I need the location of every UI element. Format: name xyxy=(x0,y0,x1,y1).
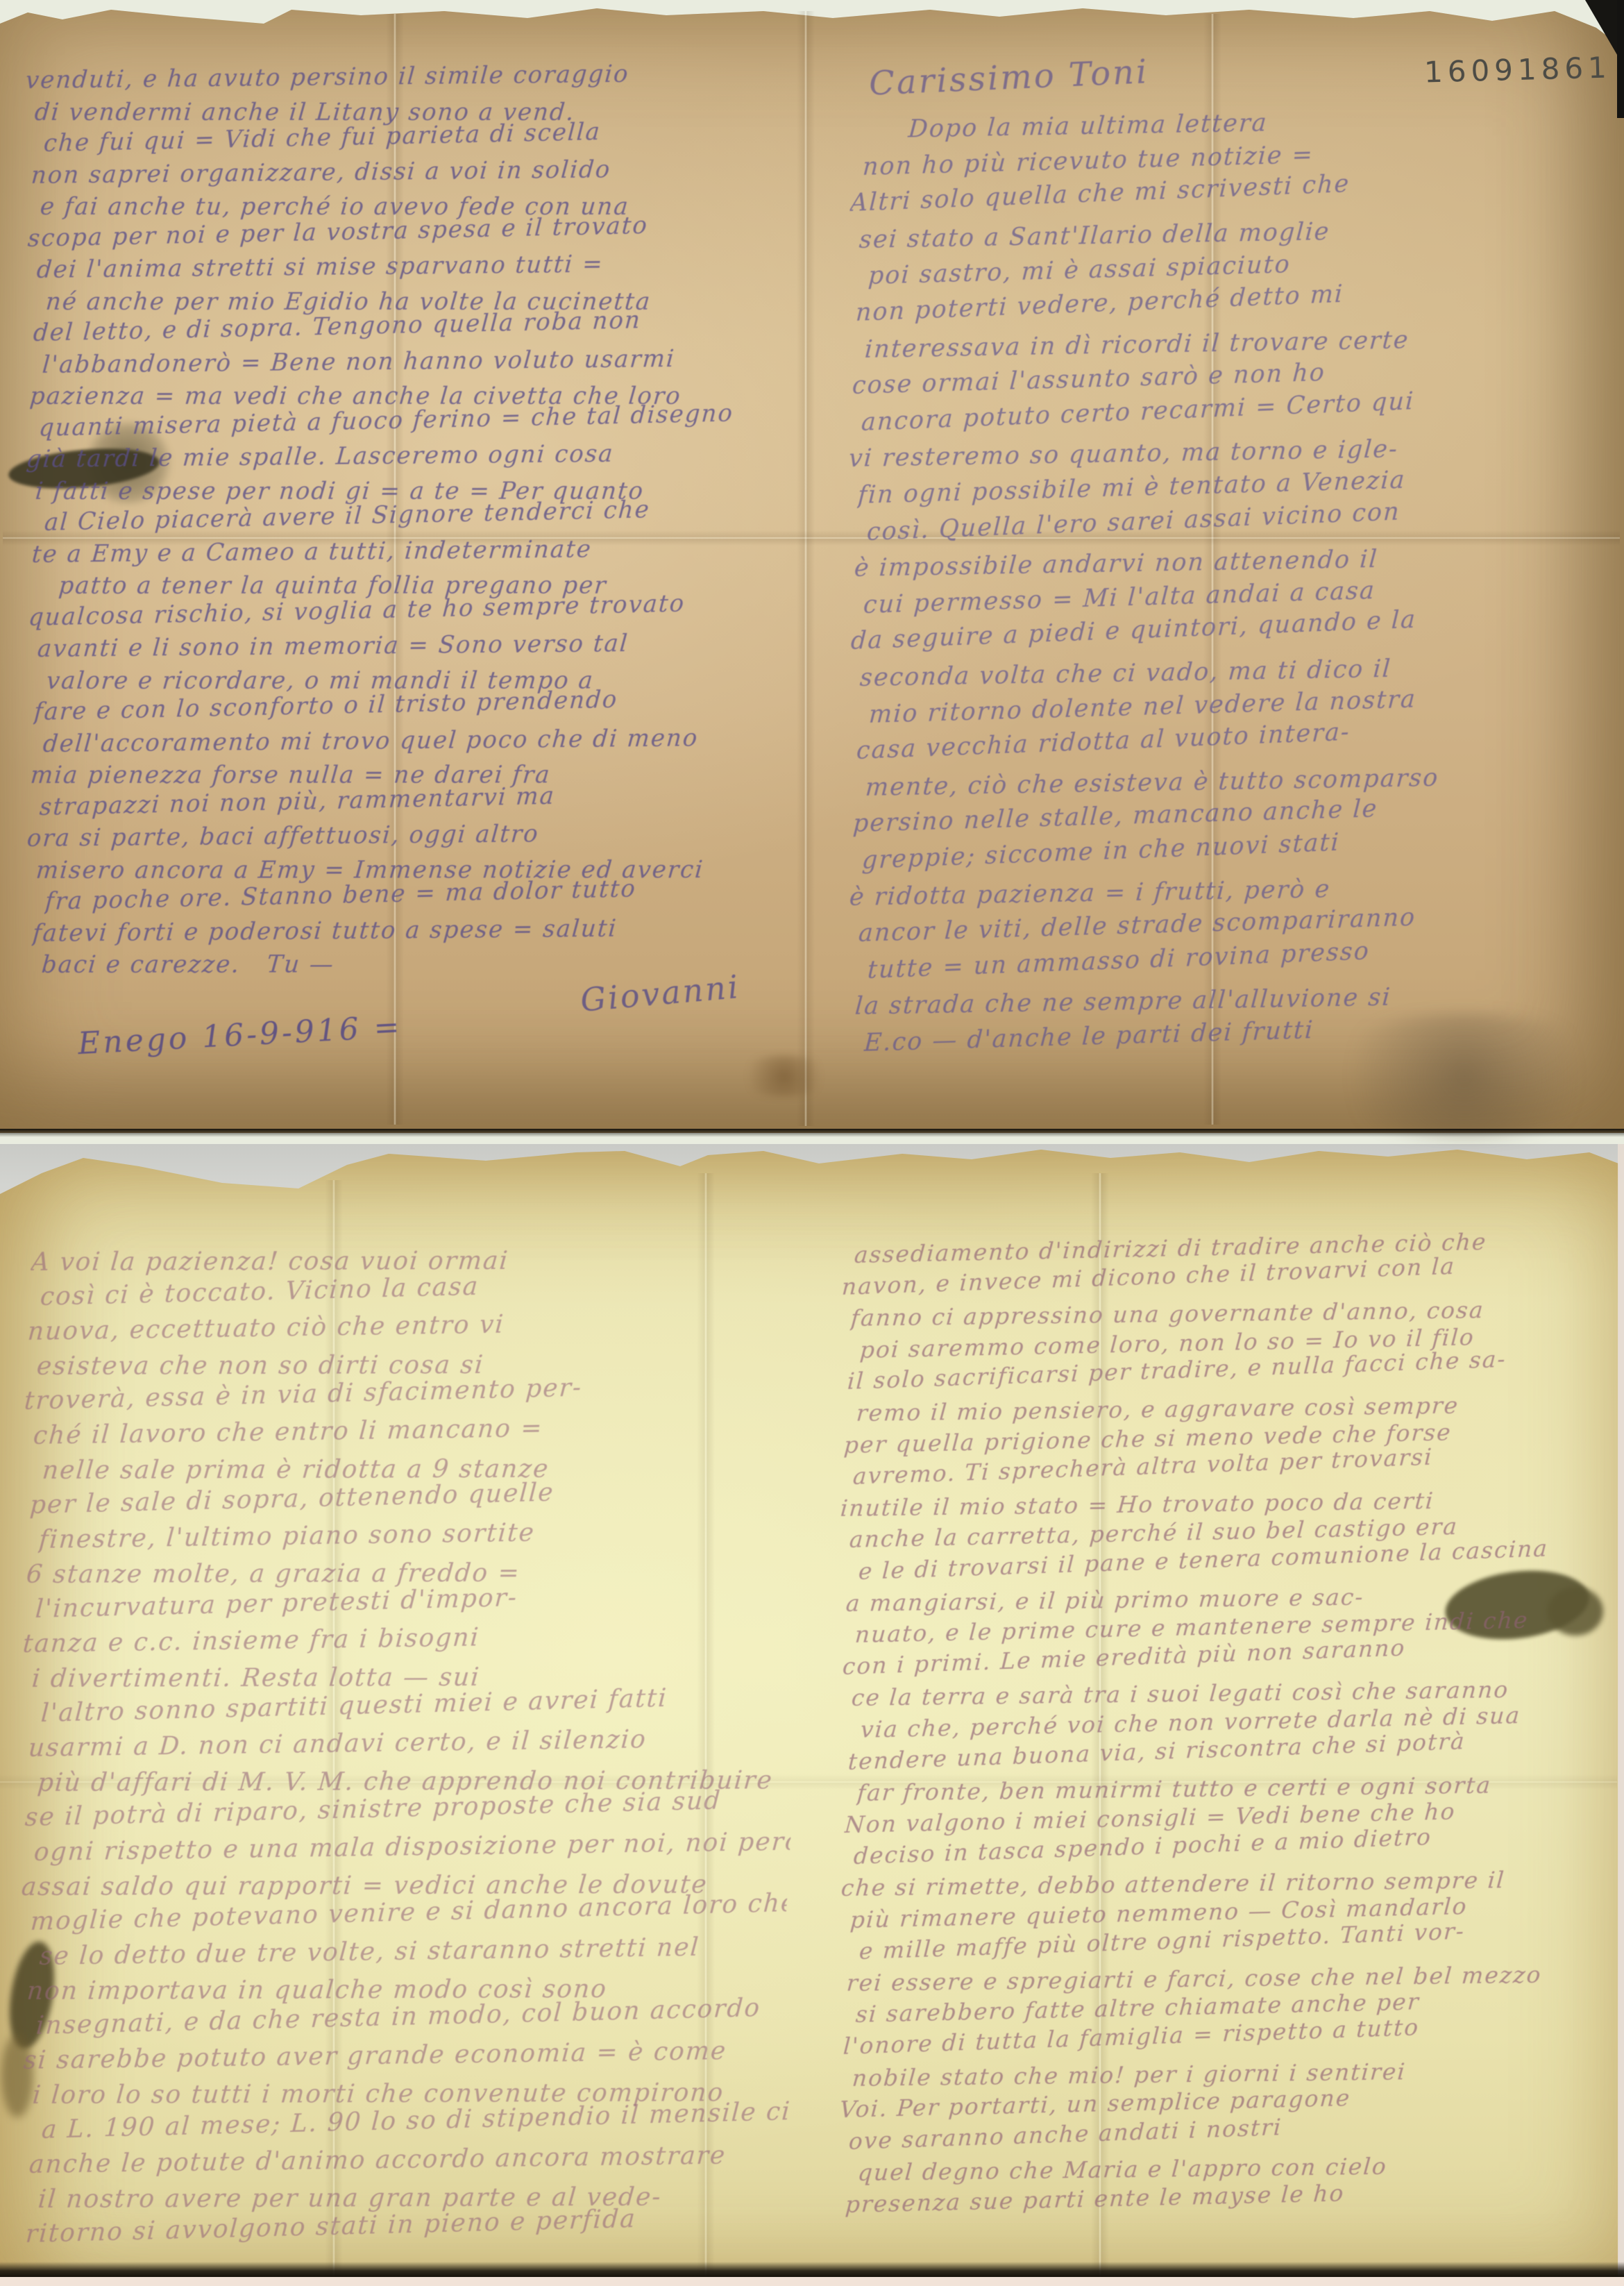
handwriting-line: 6 stanze molte, a grazia a freddo = xyxy=(25,1559,521,1589)
handwriting-line: A voi la pazienza! cosa vuoi ormai xyxy=(30,1247,509,1277)
handwriting-line: già tardi le mie spalle. Lasceremo ogni … xyxy=(25,440,615,473)
letter-scan: 16091861 Carissimo Toni Giovanni Enego 1… xyxy=(0,0,1624,2286)
scan-edge-artifact xyxy=(1617,0,1624,118)
scan-edge-artifact xyxy=(1618,1144,1624,2286)
handwriting-line: te a Emy e a Cameo a tutti, indeterminat… xyxy=(31,535,593,569)
handwriting-line: l'abbandonerò = Bene non hanno voluto us… xyxy=(41,345,676,379)
handwriting-line: non saprei organizzare, dissi a voi in s… xyxy=(30,156,611,190)
sheet-edge-shadow xyxy=(0,1129,1624,1137)
smudge-stain xyxy=(1312,1014,1617,1138)
archive-number-pencil: 16091861 xyxy=(1423,50,1612,89)
ink-blot-tail xyxy=(1548,1587,1603,1636)
sheet-edge-shadow xyxy=(0,2262,1624,2277)
handwriting-line: fatevi forti e poderosi tutto a spese = … xyxy=(31,914,618,947)
handwriting-line: avanti e li sono in memoria = Sono verso… xyxy=(36,630,629,663)
fold-crease xyxy=(797,11,815,1126)
foxing-stain xyxy=(736,1055,833,1097)
handwriting-line: esisteva che non so dirti cosa si xyxy=(35,1351,485,1381)
handwriting-line: ora si parte, baci affettuosi, oggi altr… xyxy=(26,820,540,852)
scan-edge-artifact xyxy=(0,2277,1624,2286)
handwriting-line: dei l'anima stretti si mise sparvano tut… xyxy=(35,251,604,284)
handwriting-line: baci e carezze. Tu — xyxy=(40,951,335,979)
handwriting-line: i divertimenti. Resta lotta — sui xyxy=(31,1663,481,1693)
handwriting-line: dell'accoramento mi trovo quel poco che … xyxy=(42,724,699,758)
